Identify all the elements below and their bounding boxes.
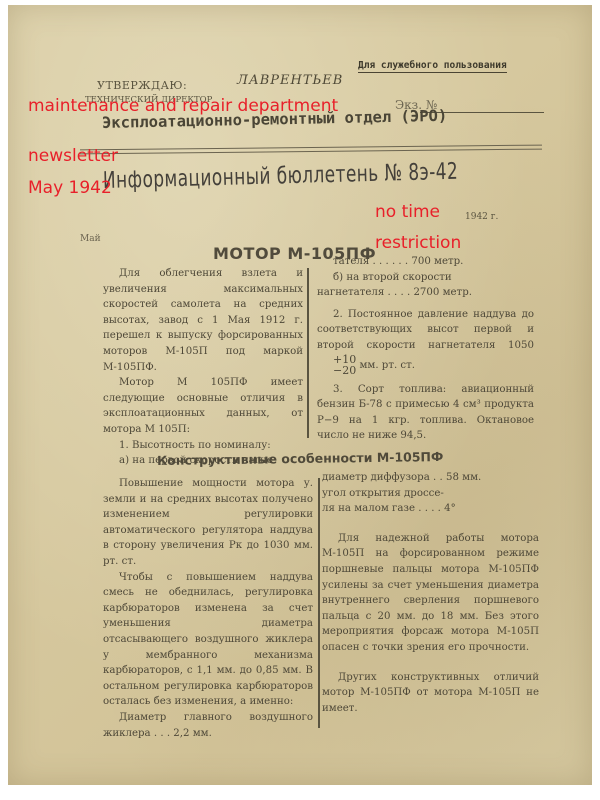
date-month: Май bbox=[80, 234, 101, 244]
paragraph: Диаметр главного воздушного жиклера . . … bbox=[103, 710, 313, 741]
translation-annotation: maintenance and repair department bbox=[28, 96, 338, 116]
column-divider bbox=[307, 268, 309, 438]
pressure-unit: мм. рт. ст. bbox=[359, 360, 415, 371]
spec-line: б) на второй скорости bbox=[317, 270, 534, 286]
paragraph: Для надежной работы мотора М-105П на фор… bbox=[322, 531, 539, 656]
paragraph: Чтобы с повышением наддува смесь не обед… bbox=[103, 570, 313, 710]
tolerance-minus: −20 bbox=[317, 365, 356, 376]
paragraph: 2. Постоянное давление наддува до соотве… bbox=[317, 307, 534, 376]
design-column-right: диаметр диффузора . . 58 мм. угол открыт… bbox=[322, 470, 539, 716]
tolerance-plus: +10 bbox=[317, 354, 356, 365]
spec-line: нагнетателя . . . . 2700 метр. bbox=[317, 285, 534, 301]
pressure-text: 2. Постоянное давление наддува до соотве… bbox=[317, 309, 534, 351]
pressure-tolerance: +10−20 bbox=[317, 354, 356, 376]
spec-line: ля на малом газе . . . . 4° bbox=[322, 501, 539, 517]
date-year: 1942 г. bbox=[465, 212, 498, 222]
spec-line: диаметр диффузора . . 58 мм. bbox=[322, 470, 539, 486]
translation-annotation: newsletter bbox=[28, 146, 118, 166]
design-column-left: Повышение мощности мотора у. земли и на … bbox=[103, 476, 313, 741]
translation-annotation: restriction bbox=[375, 233, 461, 253]
translation-annotation: no time bbox=[375, 202, 440, 222]
intro-column-left: Для облегчения взлета и увеличения макси… bbox=[103, 266, 303, 469]
paragraph: Повышение мощности мотора у. земли и на … bbox=[103, 476, 313, 570]
paragraph: 3. Сорт топлива: авиационный бензин Б-78… bbox=[317, 382, 534, 444]
spec-line: угол открытия дроссе- bbox=[322, 486, 539, 502]
spec-line: тателя . . . . . . 700 метр. bbox=[317, 254, 534, 270]
director-signature: ЛАВРЕНТЬЕВ bbox=[237, 73, 343, 88]
restriction-stamp: Для служебного пользования bbox=[358, 60, 507, 73]
paragraph: Других конструктивных отличий мотор М-10… bbox=[322, 670, 539, 717]
approval-label: УТВЕРЖДАЮ: bbox=[97, 79, 187, 92]
intro-column-right: тателя . . . . . . 700 метр. б) на второ… bbox=[317, 254, 534, 444]
paragraph: Для облегчения взлета и увеличения макси… bbox=[103, 266, 303, 375]
column-divider bbox=[318, 478, 320, 728]
translation-annotation: May 1942 bbox=[28, 178, 112, 198]
paragraph: Мотор М 105ПФ имеет следующие основные о… bbox=[103, 375, 303, 437]
